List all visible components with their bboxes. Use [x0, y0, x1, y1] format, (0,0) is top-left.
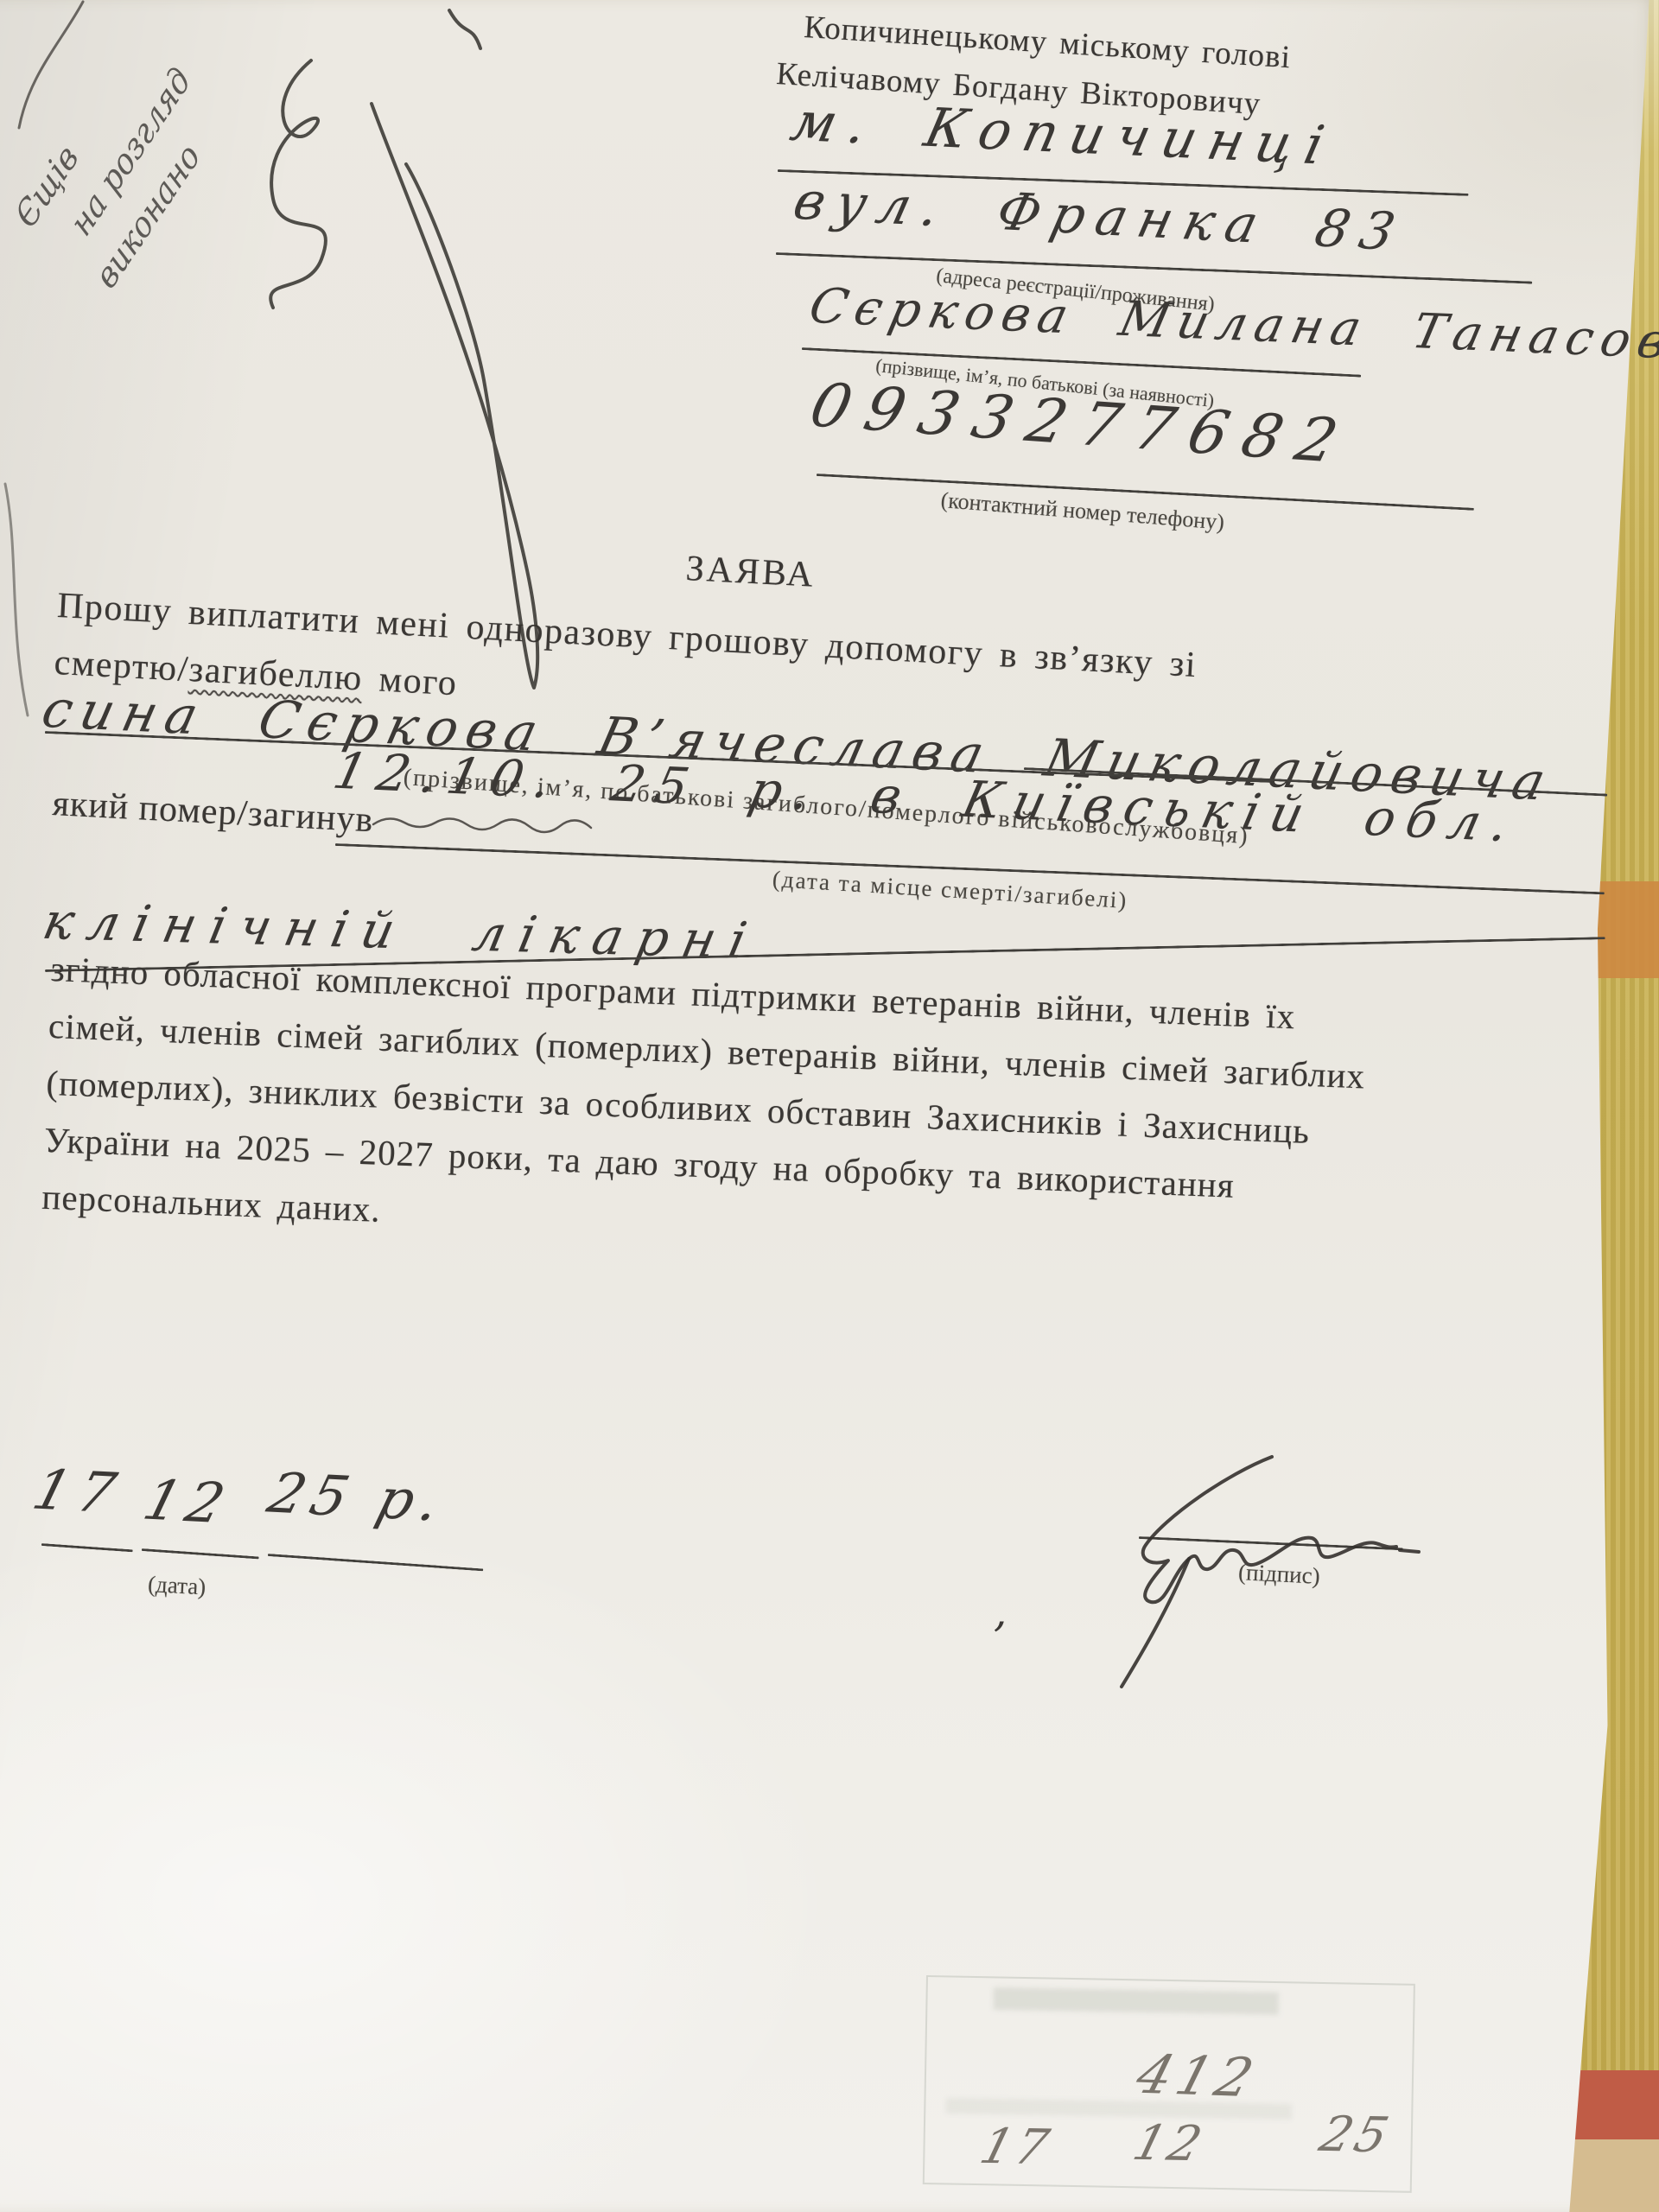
date-month-handwritten: 12	[137, 1469, 238, 1536]
stray-ink-mark: ,	[994, 1588, 1007, 1637]
date-day-handwritten: 17	[26, 1459, 130, 1526]
date-year-handwritten: 25 р.	[261, 1462, 453, 1535]
registration-number-pencil: 412	[1129, 2043, 1265, 2109]
document-photo: { "colors": { "ink": "#3b3835", "pencil"…	[0, 0, 1659, 2212]
document-title: ЗАЯВА	[684, 548, 816, 596]
program-paragraph: згідно обласної комплексної програми під…	[41, 940, 1623, 1286]
date-label: (дата)	[147, 1571, 207, 1600]
signature-label: (підпис)	[1237, 1559, 1320, 1590]
